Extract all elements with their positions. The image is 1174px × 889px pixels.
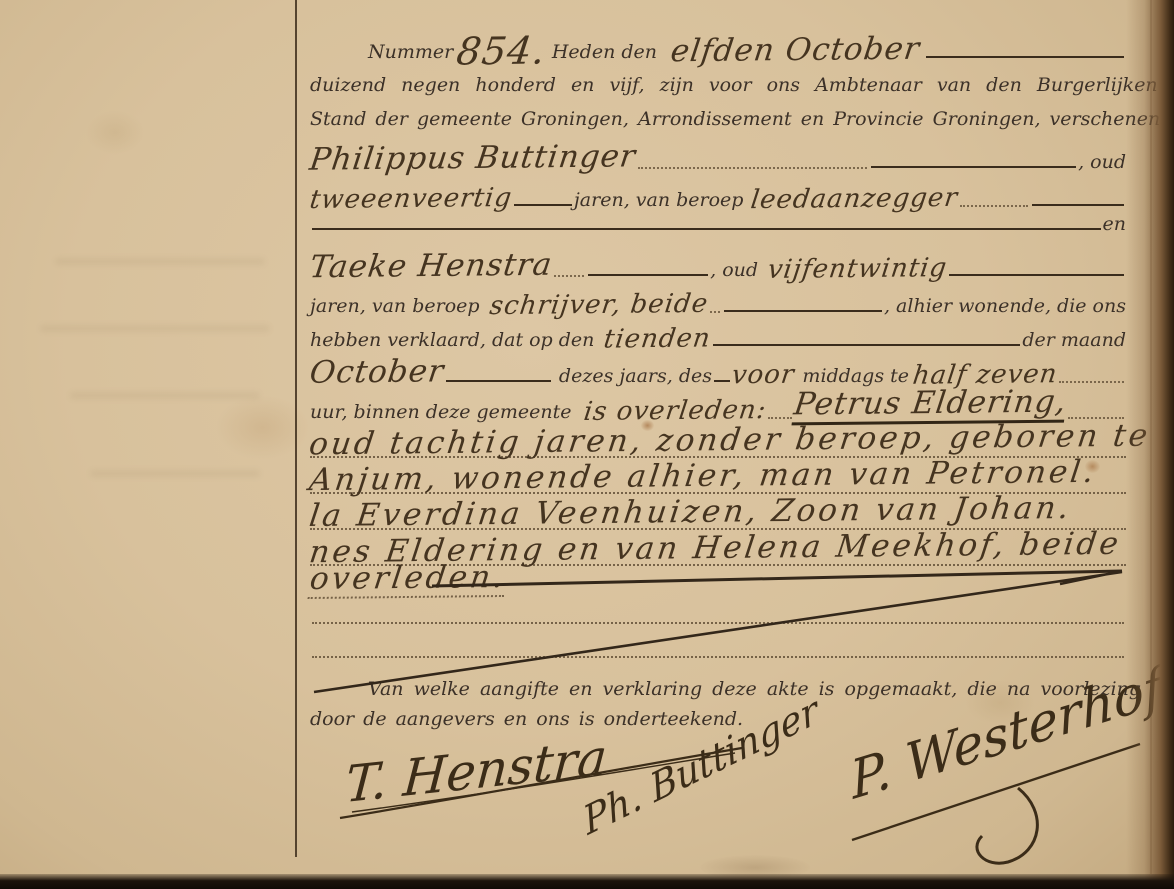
ink-fill-line	[588, 274, 708, 276]
left-margin-rule	[295, 0, 297, 857]
form-line-printed: duizend negen honderd en vijf, zijn voor…	[310, 74, 1126, 97]
details-text: overleden.	[308, 562, 508, 599]
ink-fill-line	[871, 166, 1076, 168]
bleedthrough-mark	[90, 470, 260, 477]
page-edge-right	[1126, 0, 1174, 889]
oud-label: , oud	[1078, 151, 1126, 174]
form-line-declarant2-name: Taeke Henstra , oud vijfentwintig	[310, 240, 1126, 282]
bleedthrough-mark	[40, 325, 270, 332]
paper-stain	[85, 110, 145, 155]
deceased-details-line: oud tachtig jaren, zonder beroep, gebore…	[310, 418, 1126, 458]
scan-edge-bottom	[0, 874, 1174, 889]
form-line-printed: Stand der gemeente Groningen, Arrondisse…	[310, 108, 1126, 131]
printed-text-line2: duizend negen honderd en vijf, zijn voor…	[310, 74, 1158, 97]
form-line-en: en	[310, 204, 1126, 236]
form-line-nummer: Nummer 854. Heden den elfden October	[310, 18, 1126, 64]
signature-henstra: T. Henstra	[344, 728, 609, 814]
ink-fill-line	[949, 274, 1124, 276]
death-certificate-scan: Nummer 854. Heden den elfden October dui…	[0, 0, 1174, 889]
heden-den-label: Heden den	[552, 41, 657, 64]
nummer-label: Nummer	[368, 41, 453, 64]
blank-dotted-rule	[312, 656, 1124, 658]
form-line-declarant1-name: Philippus Buttinger , oud	[310, 134, 1126, 174]
ink-fill-line	[312, 228, 1101, 230]
blank-line	[554, 275, 584, 277]
akte-number-value: 854.	[455, 32, 549, 71]
blank-dotted-rule	[312, 622, 1124, 624]
signature-flourish	[977, 788, 1037, 863]
closing-text-2: door de aangevers en ons is onderteekend…	[310, 708, 743, 731]
bleedthrough-mark	[70, 392, 260, 399]
blank-line	[638, 167, 868, 169]
en-label: en	[1103, 213, 1126, 236]
deceased-details-line: la Everdina Veenhuizen, Zoon van Johan.	[310, 490, 1126, 530]
printed-text-line3: Stand der gemeente Groningen, Arrondisse…	[310, 108, 1167, 131]
declarant1-name: Philippus Buttinger	[308, 141, 638, 175]
deceased-details-line: Anjum, wonende alhier, man van Petronel.	[310, 454, 1126, 494]
deceased-details-line: overleden.	[310, 560, 1126, 598]
closing-line-1: Van welke aangifte en verklaring deze ak…	[310, 678, 1126, 701]
date-handwritten: elfden October	[669, 34, 922, 68]
ink-fill-line	[926, 56, 1124, 58]
bleedthrough-mark	[55, 258, 265, 265]
